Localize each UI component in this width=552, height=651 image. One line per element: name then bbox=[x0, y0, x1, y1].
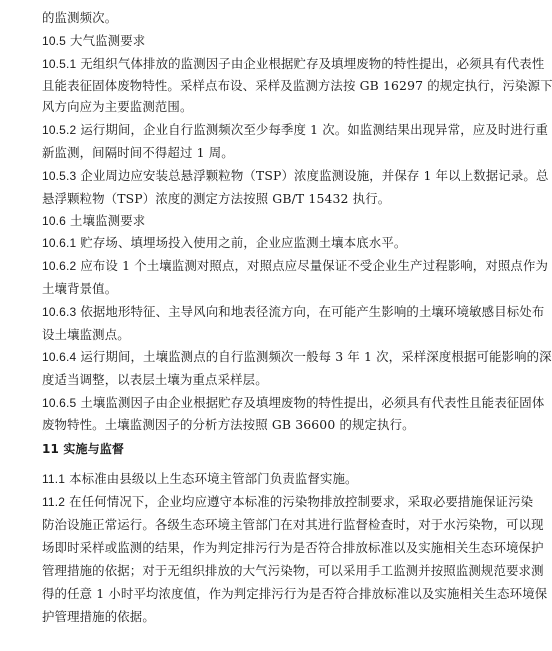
clause-line: 10.6 土壤监测要求 bbox=[42, 213, 500, 229]
text-line: 且能表征固体废物特性。采样点布设、采样及监测方法按 GB 16297 的规定执行… bbox=[42, 78, 500, 94]
text-line: 新监测，间隔时间不得超过 1 周。 bbox=[42, 145, 500, 161]
clause-line: 11.1 本标准由县级以上生态环境主管部门负责监督实施。 bbox=[42, 471, 500, 487]
section-heading: 11 实施与监督 bbox=[42, 441, 500, 457]
clause-text: 新监测，间隔时间不得超过 1 周。 bbox=[42, 145, 234, 160]
text-line: 风方向应为主要监测范围。 bbox=[42, 99, 500, 115]
clause-text: 运行期间，土壤监测点的自行监测频次一般每 3 年 1 次，采样深度根据可能影响的… bbox=[76, 349, 551, 364]
text-line: 场即时采样或监测的结果，作为判定排污行为是否符合排放标准以及实施相关生态环境保护 bbox=[42, 540, 500, 556]
clause-number: 10.5.2 bbox=[42, 123, 76, 137]
clause-line: 11.2 在任何情况下，企业均应遵守本标准的污染物排放控制要求，采取必要措施保证… bbox=[42, 494, 500, 510]
clause-text: 依据地形特征、主导风向和地表径流方向，在可能产生影响的土壤环境敏感目标处布 bbox=[76, 304, 544, 319]
clause-text: 管理措施的依据；对于无组织排放的大气污染物，可以采用手工监测并按照监测规范要求测 bbox=[42, 563, 544, 578]
clause-number: 10.6 bbox=[42, 214, 66, 228]
clause-text: 设土壤监测点。 bbox=[42, 327, 130, 342]
clause-text: 防治设施正常运行。各级生态环境主管部门在对其进行监督检查时，对于水污染物，可以现 bbox=[42, 517, 544, 532]
text-line: 的监测频次。 bbox=[42, 10, 500, 26]
clause-text: 且能表征固体废物特性。采样点布设、采样及监测方法按 GB 16297 的规定执行… bbox=[42, 78, 552, 93]
clause-number: 10.6.5 bbox=[42, 396, 76, 410]
clause-text: 废物特性。土壤监测因子的分析方法按照 GB 36600 的规定执行。 bbox=[42, 417, 415, 432]
clause-number: 11.2 bbox=[42, 495, 65, 509]
text-line: 悬浮颗粒物（TSP）浓度的测定方法按照 GB/T 15432 执行。 bbox=[42, 191, 500, 207]
clause-line: 10.5 大气监测要求 bbox=[42, 33, 500, 49]
clause-number: 10.5.1 bbox=[42, 57, 76, 71]
clause-number: 10.6.4 bbox=[42, 350, 76, 364]
clause-text: 土壤监测因子由企业根据贮存及填埋废物的特性提出，必须具有代表性且能表征固体 bbox=[76, 395, 544, 410]
clause-number: 11.1 bbox=[42, 472, 65, 486]
clause-line: 10.5.1 无组织气体排放的监测因子由企业根据贮存及填埋废物的特性提出，必须具… bbox=[42, 56, 500, 72]
clause-text: 土壤背景值。 bbox=[42, 281, 117, 296]
clause-line: 10.6.2 应布设 1 个土壤监测对照点，对照点应尽量保证不受企业生产过程影响… bbox=[42, 258, 500, 274]
clause-number: 10.6.1 bbox=[42, 236, 76, 250]
document-page: 的监测频次。10.5 大气监测要求10.5.1 无组织气体排放的监测因子由企业根… bbox=[0, 0, 552, 651]
clause-text: 得的任意 1 小时平均浓度值，作为判定排污行为是否符合排放标准以及实施相关生态环… bbox=[42, 586, 547, 601]
clause-number: 10.5 bbox=[42, 34, 66, 48]
clause-text: 本标准由县级以上生态环境主管部门负责监督实施。 bbox=[65, 471, 358, 486]
text-line: 设土壤监测点。 bbox=[42, 327, 500, 343]
text-line: 废物特性。土壤监测因子的分析方法按照 GB 36600 的规定执行。 bbox=[42, 417, 500, 433]
clause-text: 企业周边应安装总悬浮颗粒物（TSP）浓度监测设施，并保存 1 年以上数据记录。总 bbox=[76, 168, 548, 183]
clause-text: 在任何情况下，企业均应遵守本标准的污染物排放控制要求，采取必要措施保证污染 bbox=[65, 494, 533, 509]
text-line: 防治设施正常运行。各级生态环境主管部门在对其进行监督检查时，对于水污染物，可以现 bbox=[42, 517, 500, 533]
clause-text: 场即时采样或监测的结果，作为判定排污行为是否符合排放标准以及实施相关生态环境保护 bbox=[42, 540, 544, 555]
clause-text: 悬浮颗粒物（TSP）浓度的测定方法按照 GB/T 15432 执行。 bbox=[42, 191, 390, 206]
clause-number: 10.6.2 bbox=[42, 259, 76, 273]
clause-line: 10.6.1 贮存场、填埋场投入使用之前，企业应监测土壤本底水平。 bbox=[42, 235, 500, 251]
clause-number: 10.6.3 bbox=[42, 305, 76, 319]
clause-line: 10.5.3 企业周边应安装总悬浮颗粒物（TSP）浓度监测设施，并保存 1 年以… bbox=[42, 168, 500, 184]
clause-text: 贮存场、填埋场投入使用之前，企业应监测土壤本底水平。 bbox=[76, 235, 406, 250]
clause-text: 大气监测要求 bbox=[66, 33, 145, 48]
clause-line: 10.5.2 运行期间，企业自行监测频次至少每季度 1 次。如监测结果出现异常，… bbox=[42, 122, 500, 138]
text-line: 管理措施的依据；对于无组织排放的大气污染物，可以采用手工监测并按照监测规范要求测 bbox=[42, 563, 500, 579]
clause-line: 10.6.3 依据地形特征、主导风向和地表径流方向，在可能产生影响的土壤环境敏感… bbox=[42, 304, 500, 320]
clause-text: 运行期间，企业自行监测频次至少每季度 1 次。如监测结果出现异常，应及时进行重 bbox=[76, 122, 548, 137]
clause-text: 的监测频次。 bbox=[42, 10, 117, 25]
clause-text: 度适当调整，以表层土壤为重点采样层。 bbox=[42, 372, 268, 387]
text-line: 护管理措施的依据。 bbox=[42, 609, 500, 625]
clause-text: 护管理措施的依据。 bbox=[42, 609, 155, 624]
clause-text: 应布设 1 个土壤监测对照点，对照点应尽量保证不受企业生产过程影响，对照点作为 bbox=[76, 258, 548, 273]
clause-text: 无组织气体排放的监测因子由企业根据贮存及填埋废物的特性提出，必须具有代表性 bbox=[76, 56, 544, 71]
clause-text: 土壤监测要求 bbox=[66, 213, 145, 228]
clause-line: 10.6.4 运行期间，土壤监测点的自行监测频次一般每 3 年 1 次，采样深度… bbox=[42, 349, 500, 365]
text-line: 得的任意 1 小时平均浓度值，作为判定排污行为是否符合排放标准以及实施相关生态环… bbox=[42, 586, 500, 602]
text-line: 度适当调整，以表层土壤为重点采样层。 bbox=[42, 372, 500, 388]
text-line: 土壤背景值。 bbox=[42, 281, 500, 297]
clause-line: 10.6.5 土壤监测因子由企业根据贮存及填埋废物的特性提出，必须具有代表性且能… bbox=[42, 395, 500, 411]
clause-number: 10.5.3 bbox=[42, 169, 76, 183]
clause-text: 风方向应为主要监测范围。 bbox=[42, 99, 193, 114]
